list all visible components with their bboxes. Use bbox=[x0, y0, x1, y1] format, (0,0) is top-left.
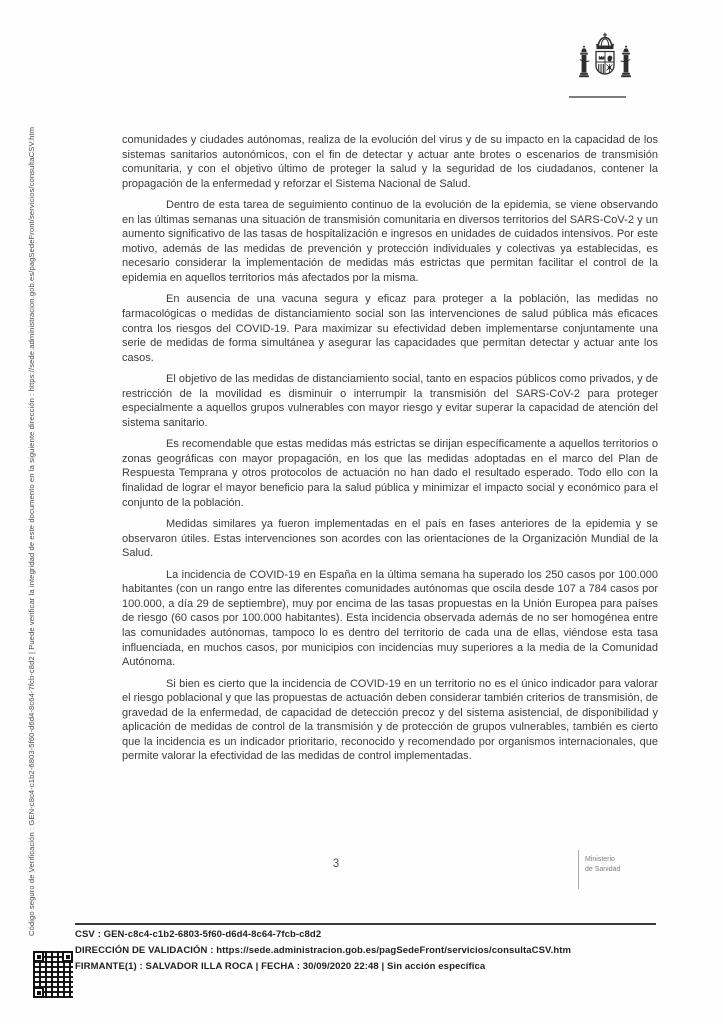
verification-side-text: Código seguro de Verificación : GEN-c8c4… bbox=[27, 48, 36, 936]
header-rule bbox=[569, 96, 626, 98]
ministry-label-line2: de Sanidad bbox=[585, 865, 620, 875]
footer-signer-line: FIRMANTE(1) : SALVADOR ILLA ROCA | FECHA… bbox=[75, 961, 485, 972]
footer-validation-line: DIRECCIÓN DE VALIDACIÓN : https://sede.a… bbox=[75, 945, 571, 956]
paragraph-4: El objetivo de las medidas de distanciam… bbox=[122, 372, 658, 430]
qr-finder-bottom-left bbox=[33, 987, 44, 998]
paragraph-5: Es recomendable que estas medidas más es… bbox=[122, 437, 658, 510]
paragraph-3: En ausencia de una vacuna segura y efica… bbox=[122, 292, 658, 365]
paragraph-8: Si bien es cierto que la incidencia de C… bbox=[122, 677, 658, 764]
paragraph-1: comunidades y ciudades autónomas, realiz… bbox=[122, 133, 658, 191]
coat-of-arms-svg bbox=[573, 31, 637, 95]
document-page: Código seguro de Verificación : GEN-c8c4… bbox=[0, 0, 723, 1024]
ministry-rule bbox=[578, 850, 579, 889]
footer-separator bbox=[75, 923, 656, 925]
paragraph-6: Medidas similares ya fueron implementada… bbox=[122, 517, 658, 561]
verification-qr-code-icon bbox=[33, 951, 73, 998]
ministry-label-line1: Ministerio bbox=[585, 855, 620, 865]
footer-csv-line: CSV : GEN-c8c4-c1b2-6803-5f60-d6d4-8c64-… bbox=[75, 929, 321, 940]
page-number: 3 bbox=[300, 858, 372, 870]
qr-finder-top-right bbox=[62, 951, 73, 962]
paragraph-2: Dentro de esta tarea de seguimiento cont… bbox=[122, 198, 658, 285]
ministry-label: Ministerio de Sanidad bbox=[585, 855, 620, 874]
spain-coat-of-arms-icon bbox=[573, 31, 637, 95]
qr-finder-top-left bbox=[33, 951, 44, 962]
paragraph-7: La incidencia de COVID-19 en España en l… bbox=[122, 568, 658, 670]
document-body: comunidades y ciudades autónomas, realiz… bbox=[122, 133, 658, 764]
